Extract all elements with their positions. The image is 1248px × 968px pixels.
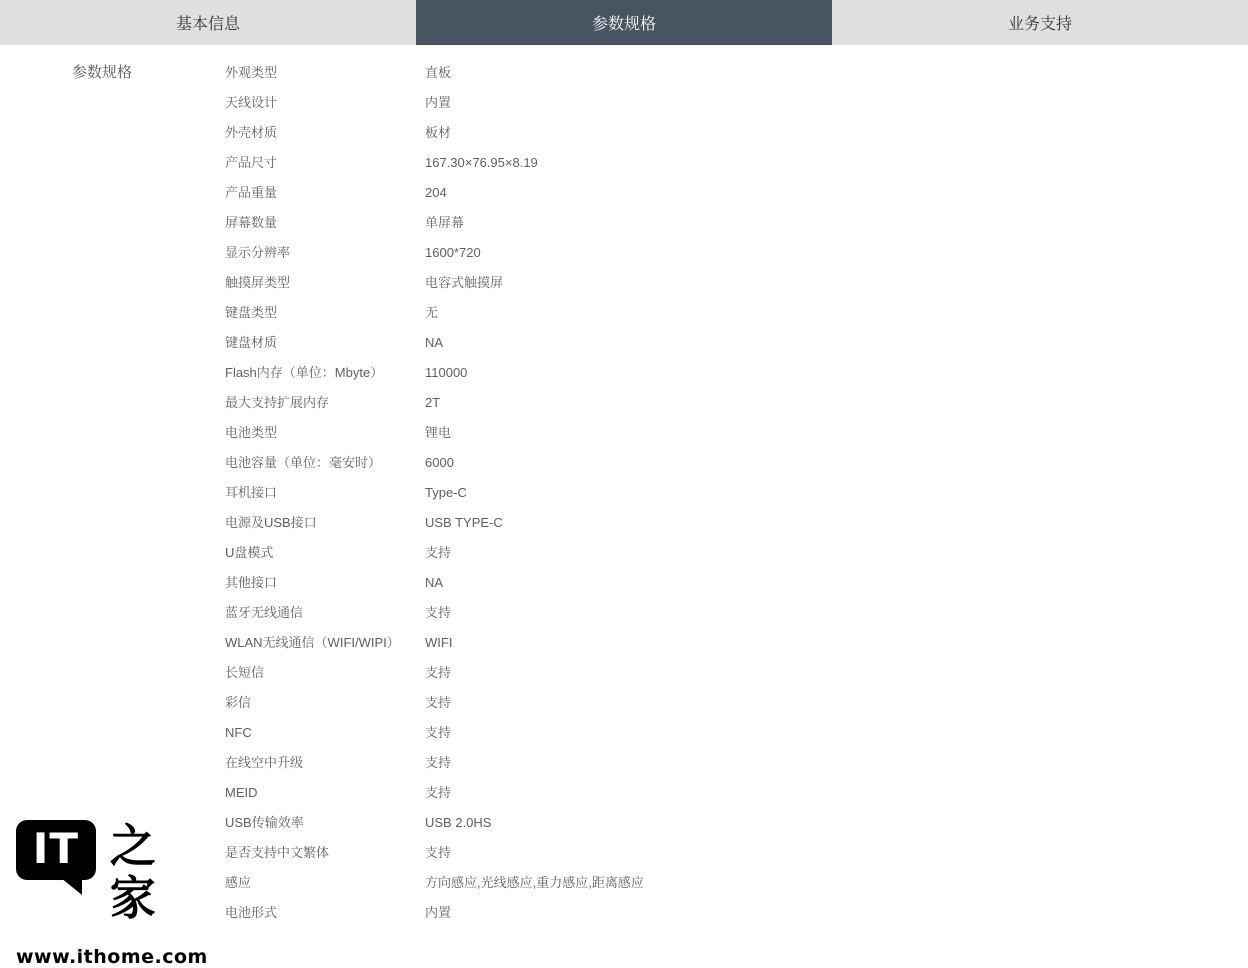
spec-row: 触摸屏类型 电容式触摸屏 — [225, 268, 1248, 298]
spec-value: 2T — [425, 388, 440, 418]
spec-row: 在线空中升级 支持 — [225, 748, 1248, 778]
spec-row: U盘模式 支持 — [225, 538, 1248, 568]
spec-label: 长短信 — [225, 658, 425, 688]
tab-service-support[interactable]: 业务支持 — [832, 0, 1248, 45]
section-title: 参数规格 — [72, 58, 225, 928]
spec-label: 显示分辨率 — [225, 238, 425, 268]
spec-value: 支持 — [425, 598, 451, 628]
spec-label: 是否支持中文繁体 — [225, 838, 425, 868]
spec-label: 屏幕数量 — [225, 208, 425, 238]
spec-label: 电池容量（单位：毫安时） — [225, 448, 425, 478]
spec-value: 锂电 — [425, 418, 451, 448]
spec-value: 电容式触摸屏 — [425, 268, 503, 298]
tab-basic-info-label: 基本信息 — [176, 11, 240, 34]
spec-label: 电池形式 — [225, 898, 425, 928]
spec-value: 支持 — [425, 718, 451, 748]
spec-value: USB 2.0HS — [425, 808, 491, 838]
spec-label: WLAN无线通信（WIFI/WIPI） — [225, 628, 425, 658]
spec-value: Type-C — [425, 478, 467, 508]
spec-row: 显示分辨率 1600*720 — [225, 238, 1248, 268]
spec-row: 产品重量 204 — [225, 178, 1248, 208]
spec-label: 键盘材质 — [225, 328, 425, 358]
spec-row: USB传输效率 USB 2.0HS — [225, 808, 1248, 838]
spec-label: MEID — [225, 778, 425, 808]
spec-row: 其他接口 NA — [225, 568, 1248, 598]
spec-row: 键盘材质 NA — [225, 328, 1248, 358]
spec-label: 产品尺寸 — [225, 148, 425, 178]
spec-value: 204 — [425, 178, 447, 208]
speech-bubble-tail-icon — [61, 878, 82, 895]
spec-row: NFC 支持 — [225, 718, 1248, 748]
spec-table: 外观类型 直板 天线设计 内置 外壳材质 板材 产品尺寸 167.30×76.9… — [225, 58, 1248, 928]
spec-label: USB传输效率 — [225, 808, 425, 838]
spec-row: 电池形式 内置 — [225, 898, 1248, 928]
spec-label: 键盘类型 — [225, 298, 425, 328]
spec-label: 触摸屏类型 — [225, 268, 425, 298]
ithome-logo-icon: IT — [16, 820, 96, 880]
spec-value: 6000 — [425, 448, 454, 478]
ithome-logo-it-text: IT — [33, 828, 79, 872]
spec-row: 蓝牙无线通信 支持 — [225, 598, 1248, 628]
spec-value: 单屏幕 — [425, 208, 464, 238]
ithome-watermark: IT 之家 www.ithome.com — [16, 820, 201, 934]
spec-row: 外壳材质 板材 — [225, 118, 1248, 148]
spec-value: 1600*720 — [425, 238, 481, 268]
spec-label: 蓝牙无线通信 — [225, 598, 425, 628]
spec-label: 外观类型 — [225, 58, 425, 88]
spec-value: 167.30×76.95×8.19 — [425, 148, 538, 178]
spec-row: 彩信 支持 — [225, 688, 1248, 718]
spec-value: 110000 — [425, 358, 467, 388]
spec-value: 直板 — [425, 58, 451, 88]
spec-value: 支持 — [425, 748, 451, 778]
spec-label: 电池类型 — [225, 418, 425, 448]
spec-label: 天线设计 — [225, 88, 425, 118]
spec-label: 电源及USB接口 — [225, 508, 425, 538]
spec-label: U盘模式 — [225, 538, 425, 568]
spec-value: USB TYPE-C — [425, 508, 503, 538]
spec-row: 是否支持中文繁体 支持 — [225, 838, 1248, 868]
spec-content: 参数规格 外观类型 直板 天线设计 内置 外壳材质 板材 产品尺寸 167.30… — [0, 45, 1248, 928]
spec-row: MEID 支持 — [225, 778, 1248, 808]
spec-row: WLAN无线通信（WIFI/WIPI） WIFI — [225, 628, 1248, 658]
spec-label: 感应 — [225, 868, 425, 898]
tab-specs[interactable]: 参数规格 — [416, 0, 832, 45]
spec-label: NFC — [225, 718, 425, 748]
tab-bar: 基本信息 参数规格 业务支持 — [0, 0, 1248, 45]
spec-row: 外观类型 直板 — [225, 58, 1248, 88]
spec-row: 电池类型 锂电 — [225, 418, 1248, 448]
spec-row: 产品尺寸 167.30×76.95×8.19 — [225, 148, 1248, 178]
spec-row: 天线设计 内置 — [225, 88, 1248, 118]
spec-value: 支持 — [425, 838, 451, 868]
ithome-logo: IT 之家 — [16, 820, 201, 924]
spec-value: 方向感应,光线感应,重力感应,距离感应 — [425, 868, 644, 898]
spec-value: 支持 — [425, 658, 451, 688]
spec-value: 内置 — [425, 898, 451, 928]
spec-row: 感应 方向感应,光线感应,重力感应,距离感应 — [225, 868, 1248, 898]
spec-row: Flash内存（单位：Mbyte） 110000 — [225, 358, 1248, 388]
spec-row: 电源及USB接口 USB TYPE-C — [225, 508, 1248, 538]
spec-value: 支持 — [425, 688, 451, 718]
spec-row: 屏幕数量 单屏幕 — [225, 208, 1248, 238]
spec-value: WIFI — [425, 628, 452, 658]
spec-row: 键盘类型 无 — [225, 298, 1248, 328]
spec-label: 最大支持扩展内存 — [225, 388, 425, 418]
spec-value: NA — [425, 568, 443, 598]
spec-row: 耳机接口 Type-C — [225, 478, 1248, 508]
spec-label: 耳机接口 — [225, 478, 425, 508]
spec-row: 电池容量（单位：毫安时） 6000 — [225, 448, 1248, 478]
spec-value: NA — [425, 328, 443, 358]
spec-label: 产品重量 — [225, 178, 425, 208]
spec-value: 支持 — [425, 778, 451, 808]
spec-label: 在线空中升级 — [225, 748, 425, 778]
tab-service-support-label: 业务支持 — [1008, 11, 1072, 34]
spec-value: 内置 — [425, 88, 451, 118]
spec-label: 外壳材质 — [225, 118, 425, 148]
spec-label: Flash内存（单位：Mbyte） — [225, 358, 425, 388]
tab-specs-label: 参数规格 — [592, 11, 656, 34]
spec-label: 彩信 — [225, 688, 425, 718]
spec-row: 长短信 支持 — [225, 658, 1248, 688]
spec-value: 板材 — [425, 118, 451, 148]
ithome-logo-cn-text: 之家 — [110, 820, 201, 924]
spec-label: 其他接口 — [225, 568, 425, 598]
spec-row: 最大支持扩展内存 2T — [225, 388, 1248, 418]
spec-value: 支持 — [425, 538, 451, 568]
tab-basic-info[interactable]: 基本信息 — [0, 0, 416, 45]
spec-value: 无 — [425, 298, 438, 328]
